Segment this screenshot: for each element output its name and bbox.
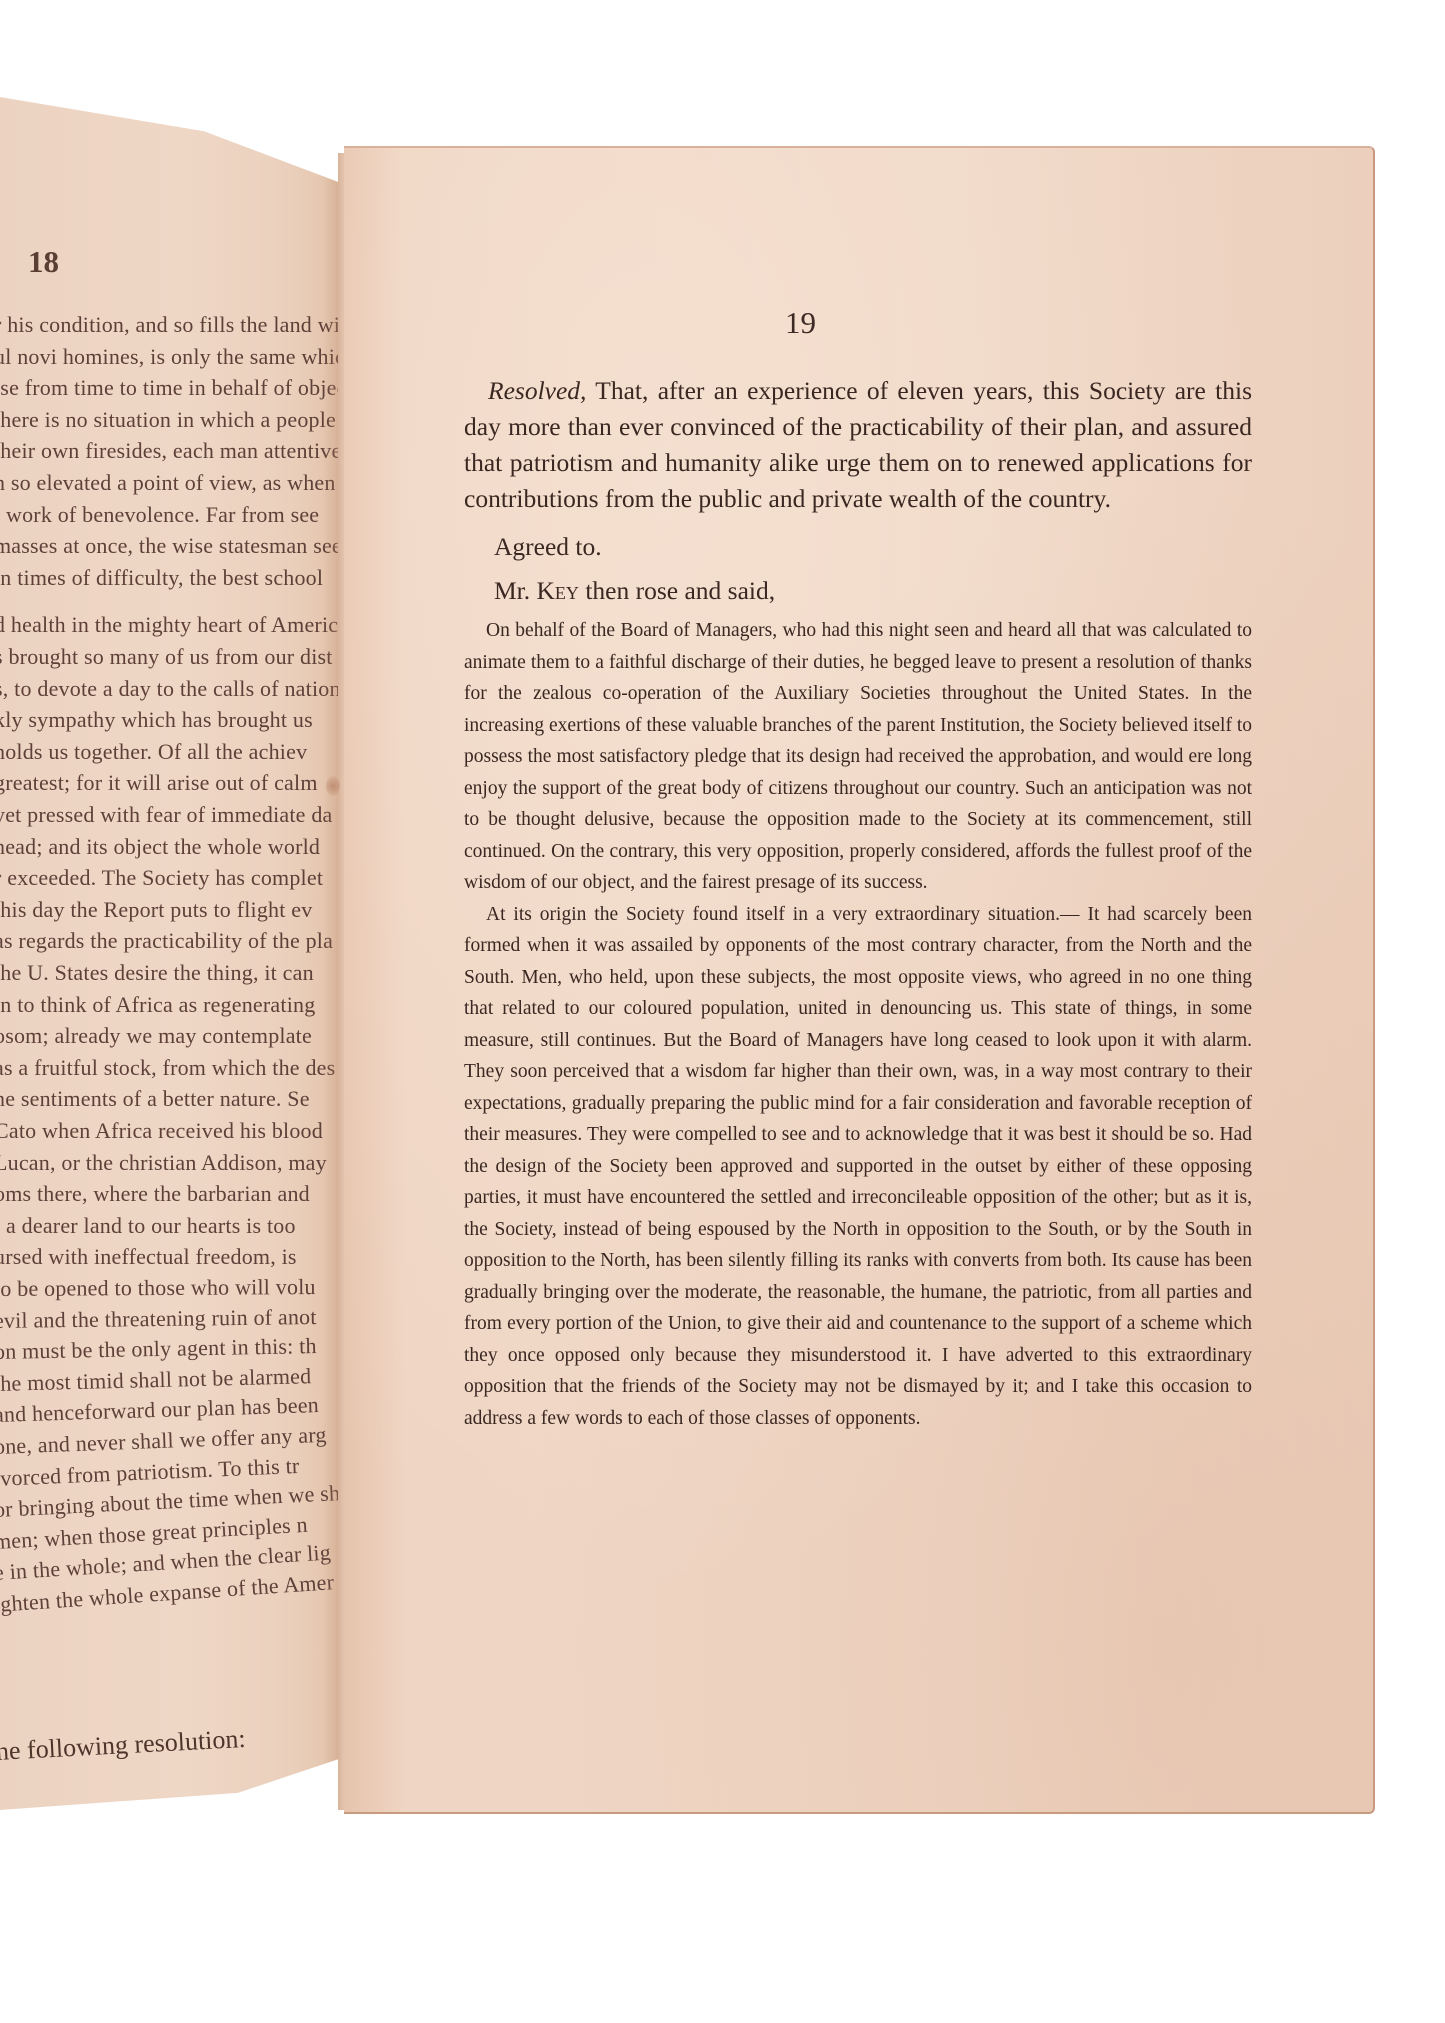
left-page-line: r exceeded. The Society has complet bbox=[0, 865, 323, 891]
left-page-line: s, to devote a day to the calls of natio… bbox=[0, 676, 340, 702]
left-page-line: in to think of Africa as regenerating bbox=[0, 992, 315, 1018]
left-page-line: in times of difficulty, the best school bbox=[0, 565, 323, 591]
left-page-line: ursed with ineffectual freedom, is bbox=[0, 1244, 297, 1270]
left-page-line: masses at once, the wise statesman sees bbox=[0, 533, 340, 559]
left-page-line: t work of benevolence. Far from see bbox=[0, 502, 319, 528]
left-page-line: this day the Report puts to flight ev bbox=[0, 897, 312, 923]
left-page-line: as a fruitful stock, from which the des bbox=[0, 1055, 335, 1081]
foxing-spot bbox=[326, 776, 340, 796]
left-page-line: ul novi homines, is only the same which bbox=[0, 344, 340, 370]
left-page-line: Lucan, or the christian Addison, may bbox=[0, 1150, 327, 1176]
left-page-line: t a dearer land to our hearts is too bbox=[0, 1213, 296, 1239]
agreed-line: Agreed to. bbox=[464, 529, 1252, 565]
left-page-line: head; and its object the whole world bbox=[0, 834, 320, 860]
speaker-prefix: Mr. bbox=[494, 576, 537, 605]
left-page-line: holds us together. Of all the achiev bbox=[0, 739, 307, 765]
speech-paragraph: On behalf of the Board of Managers, who … bbox=[464, 615, 1252, 899]
left-page-line: greatest; for it will arise out of calm bbox=[0, 770, 318, 796]
left-page-line: as regards the practicability of the pla bbox=[0, 928, 333, 954]
speaker-line: Mr. Key then rose and said, bbox=[464, 573, 1252, 609]
speaker-suffix: then rose and said, bbox=[579, 576, 775, 605]
page-text-block: Resolved, That, after an experience of e… bbox=[464, 373, 1252, 1434]
right-page-number: 19 bbox=[286, 305, 1315, 341]
left-page-line: ise from time to time in behalf of objec… bbox=[0, 375, 340, 401]
left-page-number: 18 bbox=[28, 244, 59, 280]
left-page-line: yet pressed with fear of immediate da bbox=[0, 802, 333, 828]
left-page-line: on must be the only agent in this: th bbox=[0, 1333, 317, 1365]
left-page-closing-line: ne following resolution: bbox=[0, 1724, 246, 1767]
speaker-name: Key bbox=[537, 576, 579, 605]
left-page-line: evil and the threatening ruin of anot bbox=[0, 1304, 317, 1334]
left-page-line: n so elevated a point of view, as when bbox=[0, 470, 336, 496]
resolution-lead: Resolved, bbox=[488, 376, 586, 405]
left-page-line: d health in the mighty heart of America bbox=[0, 612, 340, 638]
left-page-line: the U. States desire the thing, it can bbox=[0, 960, 314, 986]
left-page-line: osom; already we may contemplate bbox=[0, 1023, 312, 1049]
left-page: 18 r his condition, and so fills the lan… bbox=[0, 97, 340, 1810]
speech-body: On behalf of the Board of Managers, who … bbox=[464, 615, 1252, 1434]
left-page-line: their own firesides, each man attentive bbox=[0, 438, 340, 464]
left-page-line: to be opened to those who will volu bbox=[0, 1274, 316, 1302]
left-page-line: oms there, where the barbarian and bbox=[0, 1181, 310, 1207]
resolution-paragraph: Resolved, That, after an experience of e… bbox=[464, 373, 1252, 517]
left-page-line: Cato when Africa received his blood bbox=[0, 1118, 323, 1144]
speech-paragraph: At its origin the Society found itself i… bbox=[464, 899, 1252, 1435]
left-page-line: the most timid shall not be alarmed bbox=[0, 1363, 312, 1397]
right-page: 19 Resolved, That, after an experience o… bbox=[344, 146, 1375, 1814]
left-page-line: there is no situation in which a people bbox=[0, 407, 336, 433]
left-page-line: s brought so many of us from our dist bbox=[0, 644, 333, 670]
left-page-line: kly sympathy which has brought us bbox=[0, 707, 313, 733]
left-page-line: ne sentiments of a better nature. Se bbox=[0, 1086, 310, 1112]
